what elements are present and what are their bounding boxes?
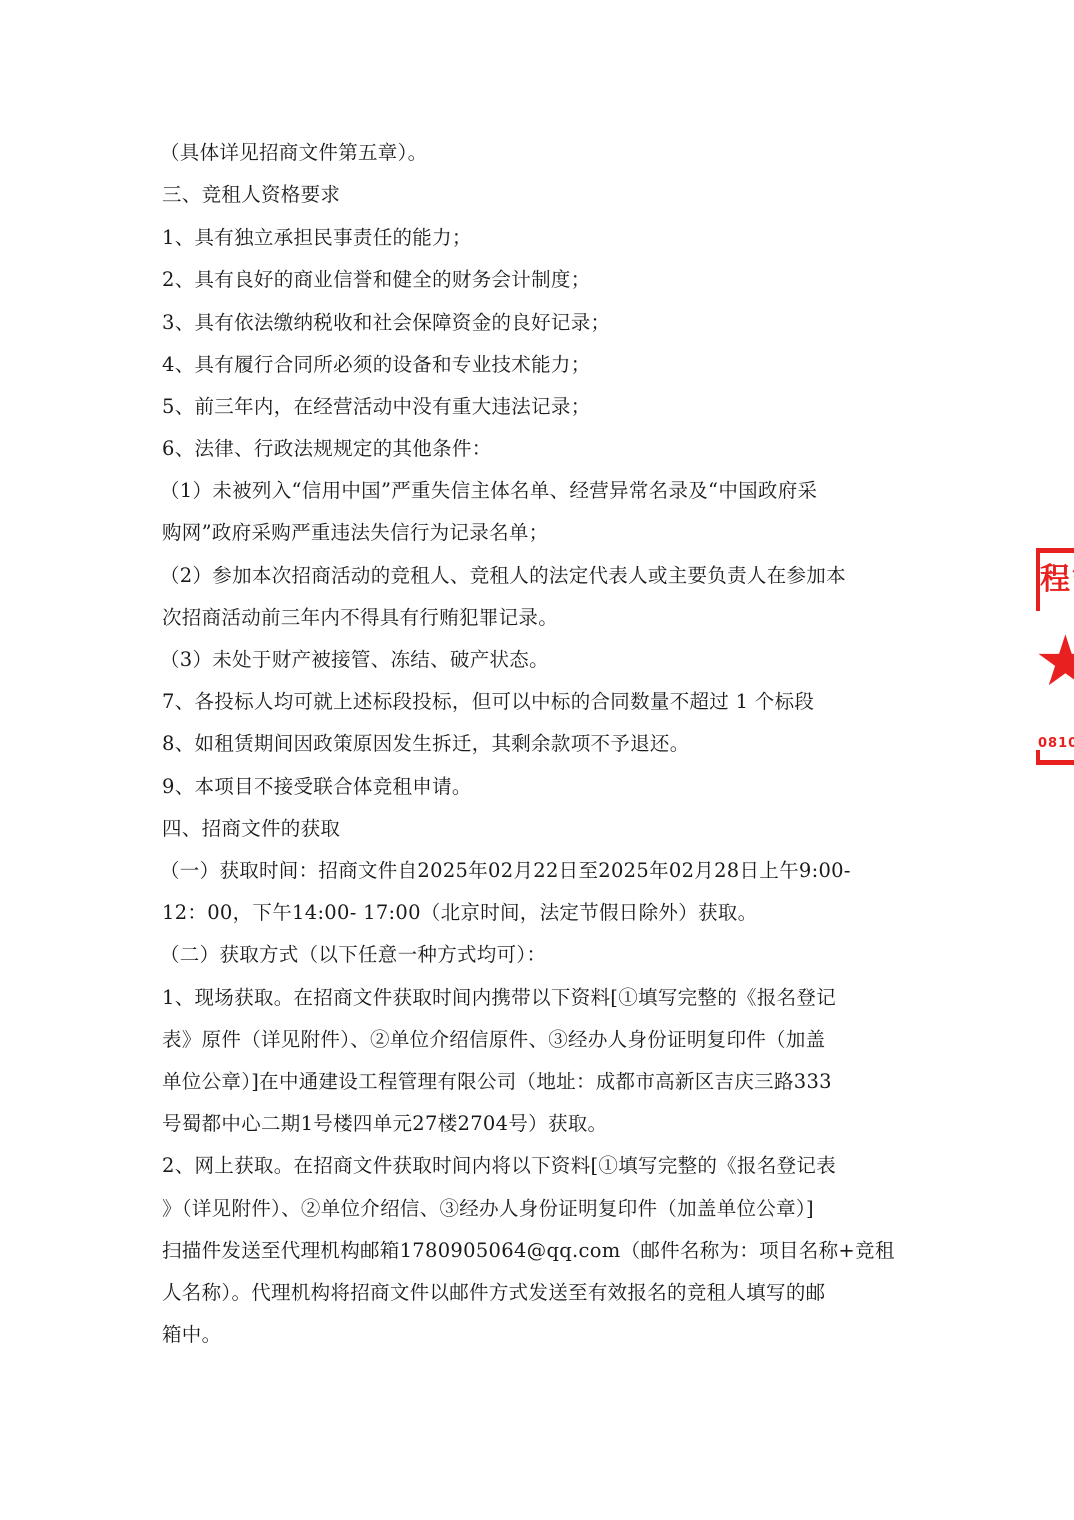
text-line: （具体详见招商文件第五章）。 [160, 141, 427, 165]
company-seal-stamp: 程管 ★ 0810 [1036, 548, 1074, 763]
text-line: （一）获取时间：招商文件自2025年02月22日至2025年02月28日上午9:… [160, 859, 851, 883]
seal-text: 程管 [1040, 554, 1074, 598]
text-line: 号蜀都中心二期1号楼四单元27楼2704号）获取。 [162, 1112, 607, 1136]
text-line: 2、具有良好的商业信誉和健全的财务会计制度； [162, 268, 591, 292]
text-line: 四、招商文件的获取 [162, 817, 340, 841]
text-line: （3）未处于财产被接管、冻结、破产状态。 [160, 648, 549, 672]
text-line: 1、现场获取。在招商文件获取时间内携带以下资料[①填写完整的《报名登记 [162, 986, 836, 1010]
text-line: 购网”政府采购严重违法失信行为记录名单； [162, 521, 548, 545]
text-line: 箱中。 [162, 1323, 221, 1347]
seal-frame-bottom [1036, 750, 1074, 765]
seal-number: 0810 [1038, 736, 1074, 751]
star-icon: ★ [1034, 626, 1074, 696]
text-line: 表》原件（详见附件）、②单位介绍信原件、③经办人身份证明复印件（加盖 [162, 1028, 825, 1052]
text-line: 6、法律、行政法规规定的其他条件： [162, 437, 492, 461]
text-line: （1）未被列入“信用中国”严重失信主体名单、经营异常名录及“中国政府采 [160, 479, 817, 503]
document-page: （具体详见招商文件第五章）。三、竞租人资格要求1、具有独立承担民事责任的能力；2… [0, 0, 1074, 1520]
text-line: 次招商活动前三年内不得具有行贿犯罪记录。 [162, 606, 558, 630]
text-line: 7、各投标人均可就上述标段投标，但可以中标的合同数量不超过 1 个标段 [162, 690, 814, 714]
text-line: 人名称）。代理机构将招商文件以邮件方式发送至有效报名的竞租人填写的邮 [162, 1281, 825, 1305]
text-line: 扫描件发送至代理机构邮箱1780905064@qq.com（邮件名称为：项目名称… [162, 1239, 895, 1263]
text-line: 5、前三年内，在经营活动中没有重大违法记录； [162, 395, 591, 419]
text-line: （2）参加本次招商活动的竞租人、竞租人的法定代表人或主要负责人在参加本 [160, 564, 846, 588]
text-line: 9、本项目不接受联合体竞租申请。 [162, 775, 472, 799]
text-line: 三、竞租人资格要求 [162, 183, 340, 207]
text-line: 2、网上获取。在招商文件获取时间内将以下资料[①填写完整的《报名登记表 [162, 1154, 836, 1178]
text-line: 1、具有独立承担民事责任的能力； [162, 226, 472, 250]
text-line: 12：00，下午14:00- 17:00（北京时间，法定节假日除外）获取。 [162, 901, 757, 925]
text-line: （二）获取方式（以下任意一种方式均可）： [160, 943, 546, 967]
text-line: 8、如租赁期间因政策原因发生拆迁，其剩余款项不予退还。 [162, 732, 690, 756]
text-line: 4、具有履行合同所必须的设备和专业技术能力； [162, 353, 591, 377]
text-line: 3、具有依法缴纳税收和社会保障资金的良好记录； [162, 311, 610, 335]
text-line: 单位公章）]在中通建设工程管理有限公司（地址：成都市高新区吉庆三路333 [162, 1070, 832, 1094]
text-line: 》（详见附件）、②单位介绍信、③经办人身份证明复印件（加盖单位公章）] [162, 1197, 814, 1221]
